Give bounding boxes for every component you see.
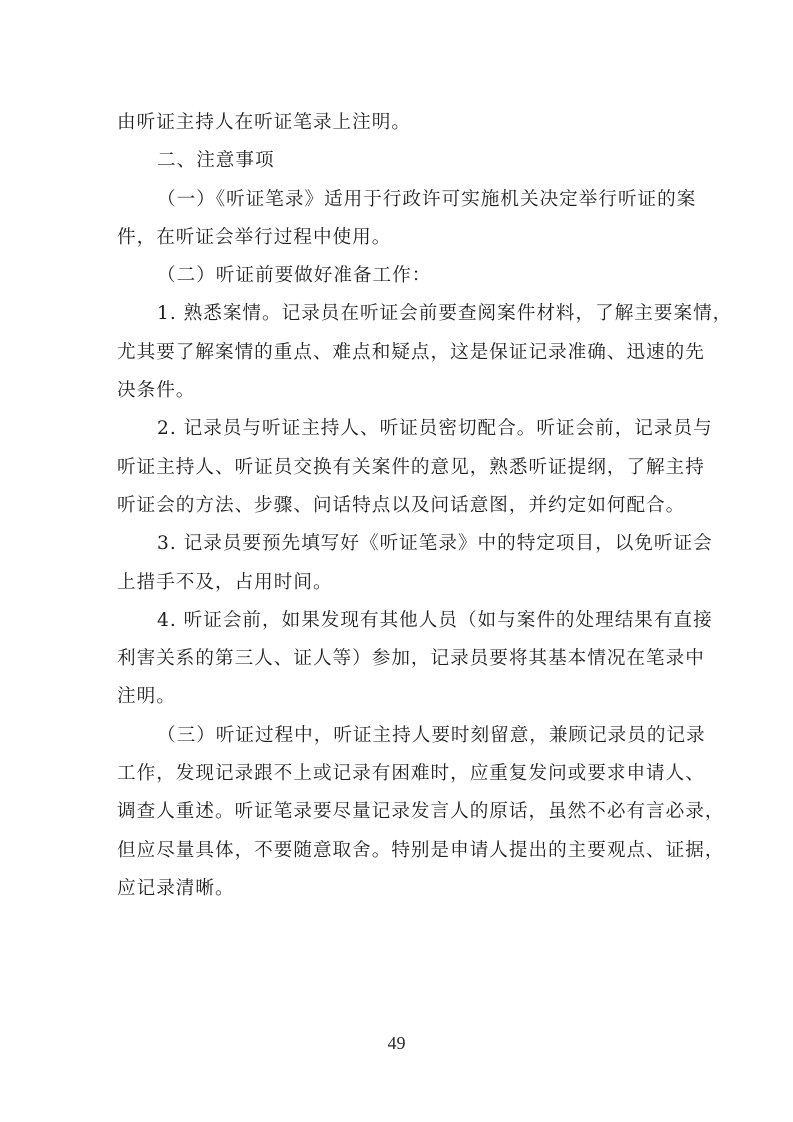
paragraph-item-3-cont: 但应尽量具体，不要随意取舍。特别是申请人提出的主要观点、证据， [117,836,679,874]
paragraph-item-1-cont: 件，在听证会举行过程中使用。 [117,223,679,261]
subitem-2-cont: 听证主持人、听证员交换有关案件的意见，熟悉听证提纲，了解主持 [117,453,679,491]
subitem-4: 4. 听证会前，如果发现有其他人员（如与案件的处理结果有直接 [117,606,679,644]
subitem-3-cont: 上措手不及，占用时间。 [117,568,679,606]
subitem-1: 1. 熟悉案情。记录员在听证会前要查阅案件材料，了解主要案情， [117,299,679,337]
paragraph-item-3: （三）听证过程中，听证主持人要时刻留意，兼顾记录员的记录 [117,721,679,759]
subitem-1-cont: 决条件。 [117,376,679,414]
paragraph-item-1: （一）《听证笔录》适用于行政许可实施机关决定举行听证的案 [117,185,679,223]
subitem-4-cont: 利害关系的第三人、证人等）参加，记录员要将其基本情况在笔录中 [117,644,679,682]
document-page: 由听证主持人在听证笔录上注明。 二、注意事项 （一）《听证笔录》适用于行政许可实… [0,0,793,1122]
subitem-2-cont: 听证会的方法、步骤、问话特点以及问话意图，并约定如何配合。 [117,491,679,529]
subitem-3: 3. 记录员要预先填写好《听证笔录》中的特定项目，以免听证会 [117,529,679,567]
paragraph-item-3-cont: 应记录清晰。 [117,874,679,912]
paragraph-item-3-cont: 工作，发现记录跟不上或记录有困难时，应重复发问或要求申请人、 [117,759,679,797]
body-text: 由听证主持人在听证笔录上注明。 二、注意事项 （一）《听证笔录》适用于行政许可实… [117,108,679,912]
text-line-continuation: 由听证主持人在听证笔录上注明。 [117,108,679,146]
subitem-4-cont: 注明。 [117,682,679,720]
subitem-1-cont: 尤其要了解案情的重点、难点和疑点，这是保证记录准确、迅速的先 [117,338,679,376]
subitem-2: 2. 记录员与听证主持人、听证员密切配合。听证会前，记录员与 [117,414,679,452]
paragraph-item-3-cont: 调查人重述。听证笔录要尽量记录发言人的原话，虽然不必有言必录， [117,797,679,835]
page-number: 49 [0,1033,793,1054]
paragraph-item-2-heading: （二）听证前要做好准备工作： [117,261,679,299]
section-heading-notes: 二、注意事项 [117,146,679,184]
